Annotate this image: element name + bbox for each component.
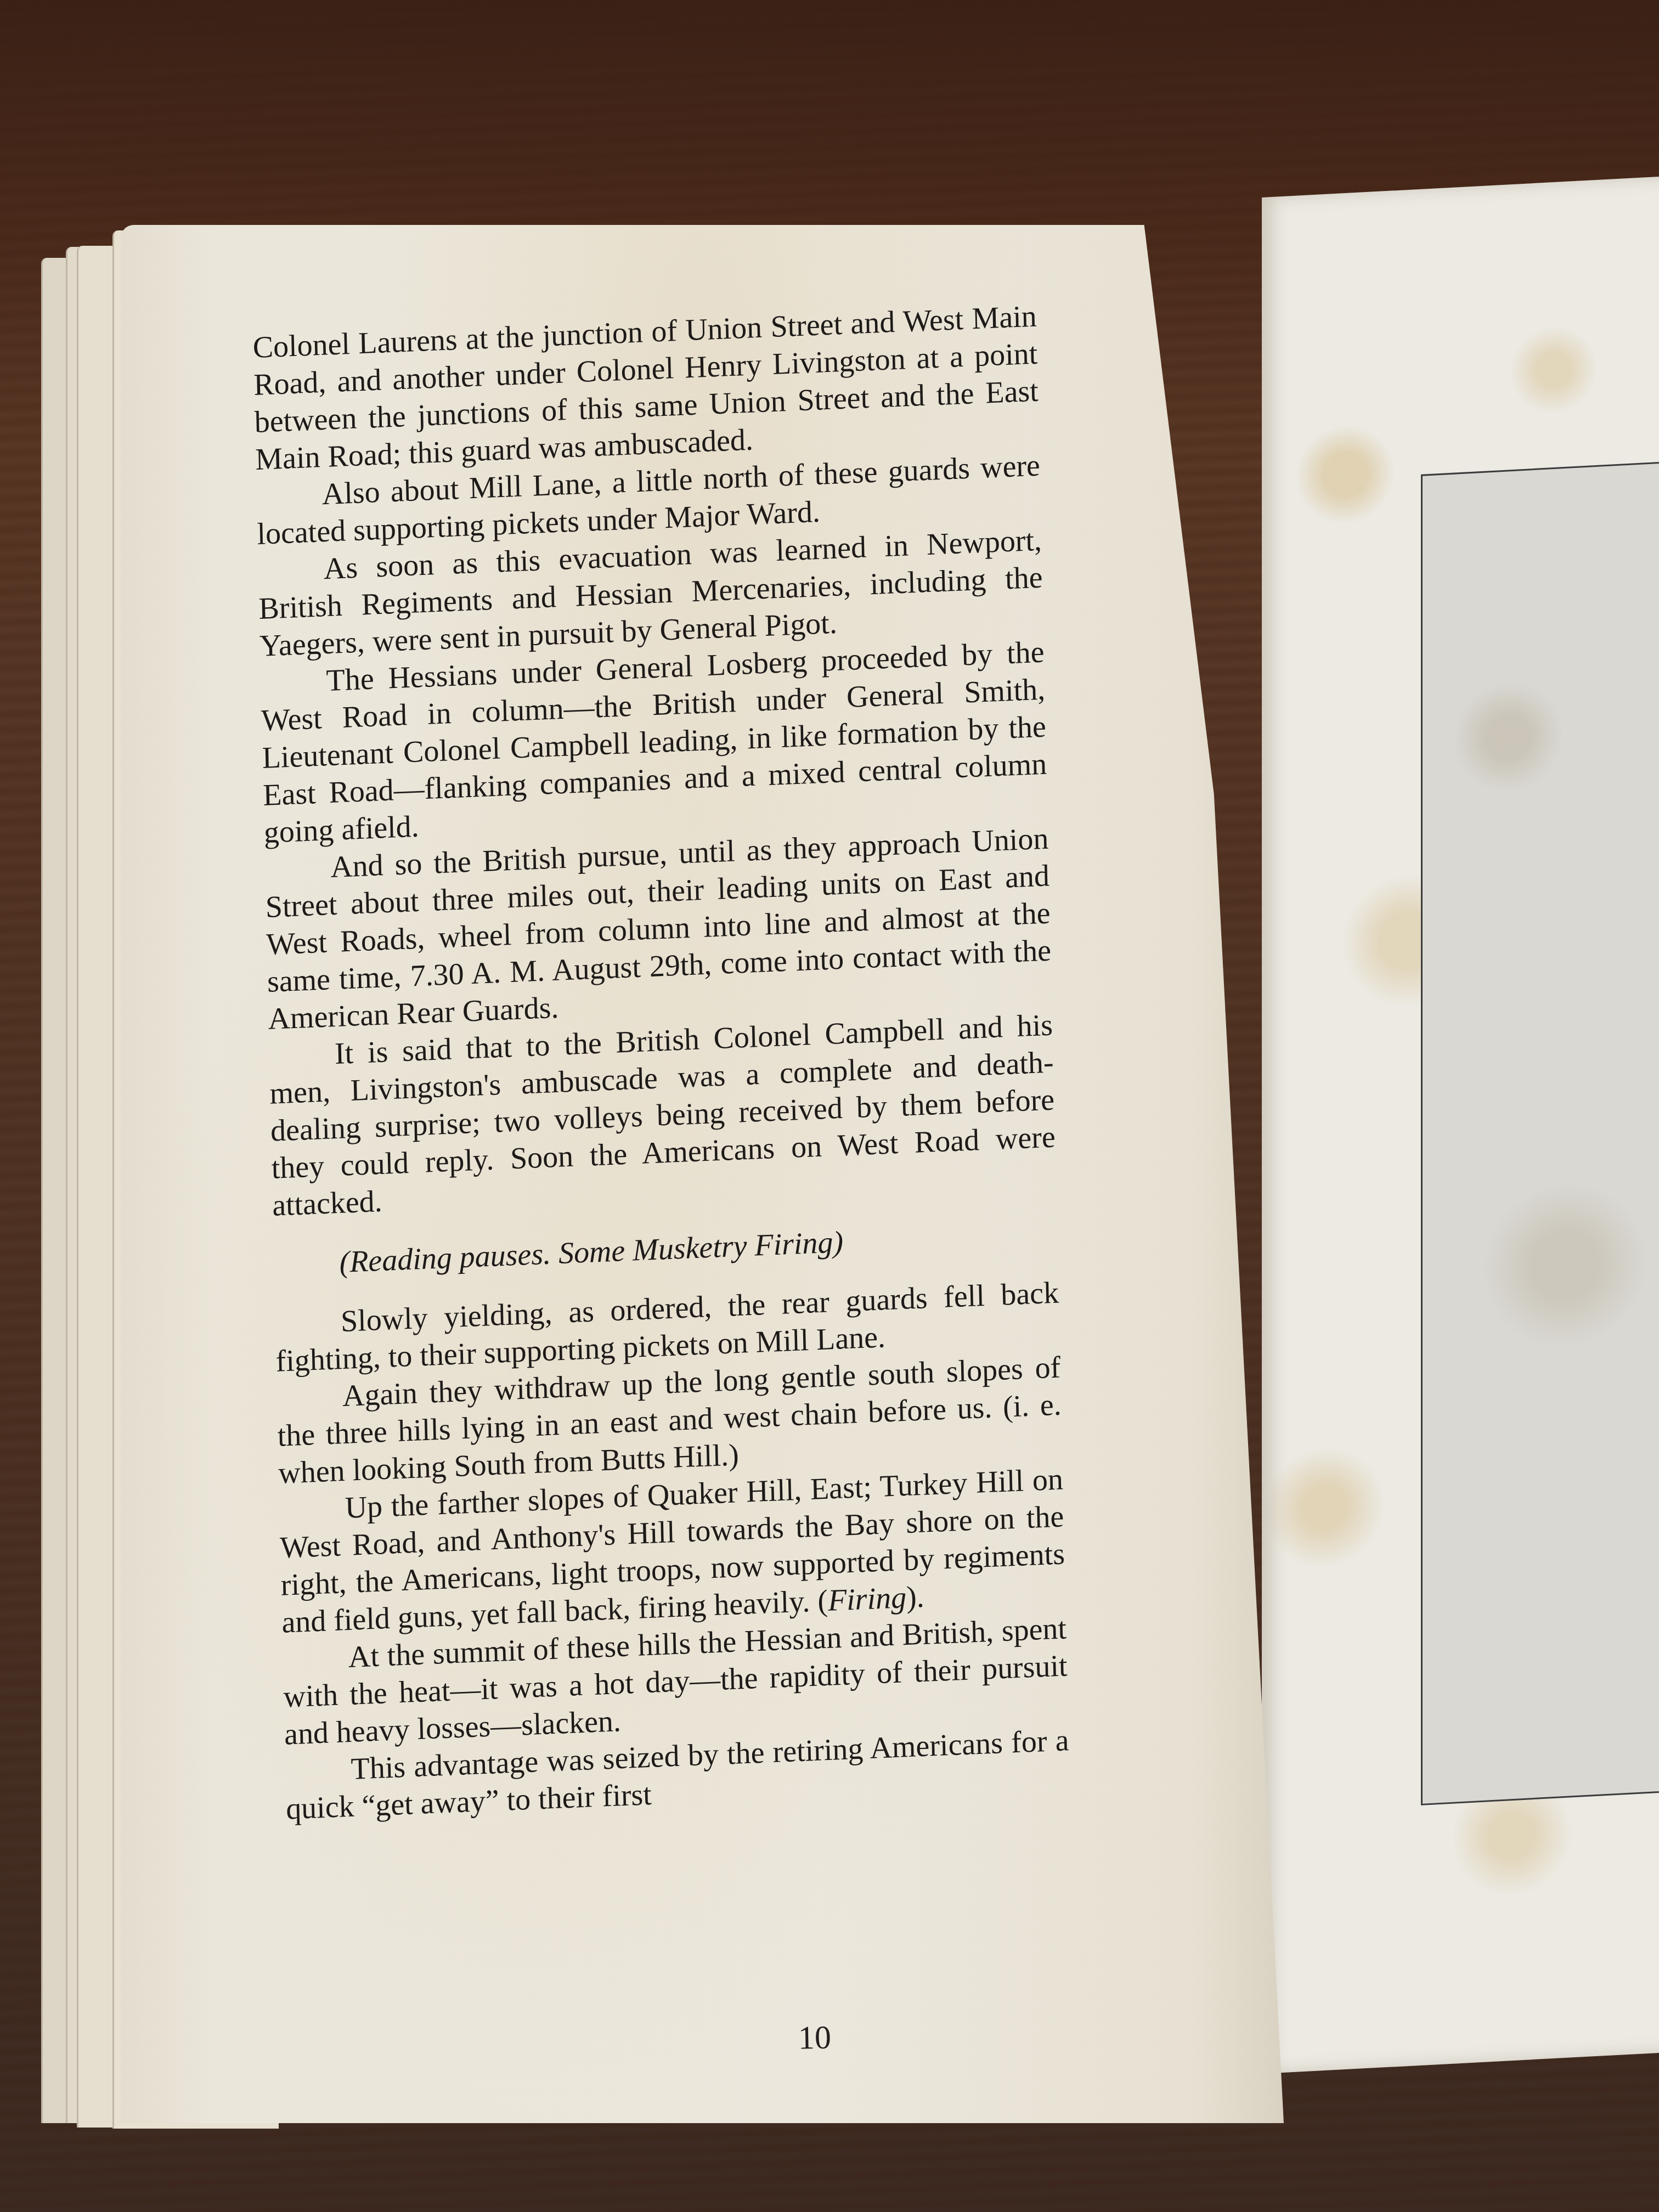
paragraph-text: ).: [906, 1580, 924, 1615]
paragraph-text: Up the farther slopes of Quaker Hill, Ea…: [280, 1462, 1065, 1639]
paragraph: And so the British pursue, until as they…: [264, 820, 1053, 1038]
paragraph: It is said that to the British Colonel C…: [268, 1006, 1057, 1224]
illustration-plate-frame: [1421, 459, 1659, 1805]
page-number: 10: [798, 2018, 831, 2057]
photo-scene: Colonel Laurens at the junction of Union…: [0, 0, 1659, 2212]
stage-direction: (Reading pauses. Some Musketry Firing): [273, 1215, 1058, 1283]
facing-page: [1262, 176, 1659, 2074]
stage-cue-firing: Firing: [827, 1581, 906, 1618]
paragraph: The Hessians under General Losberg proce…: [260, 634, 1048, 851]
page-body-text: Colonel Laurens at the junction of Union…: [252, 298, 1070, 1828]
